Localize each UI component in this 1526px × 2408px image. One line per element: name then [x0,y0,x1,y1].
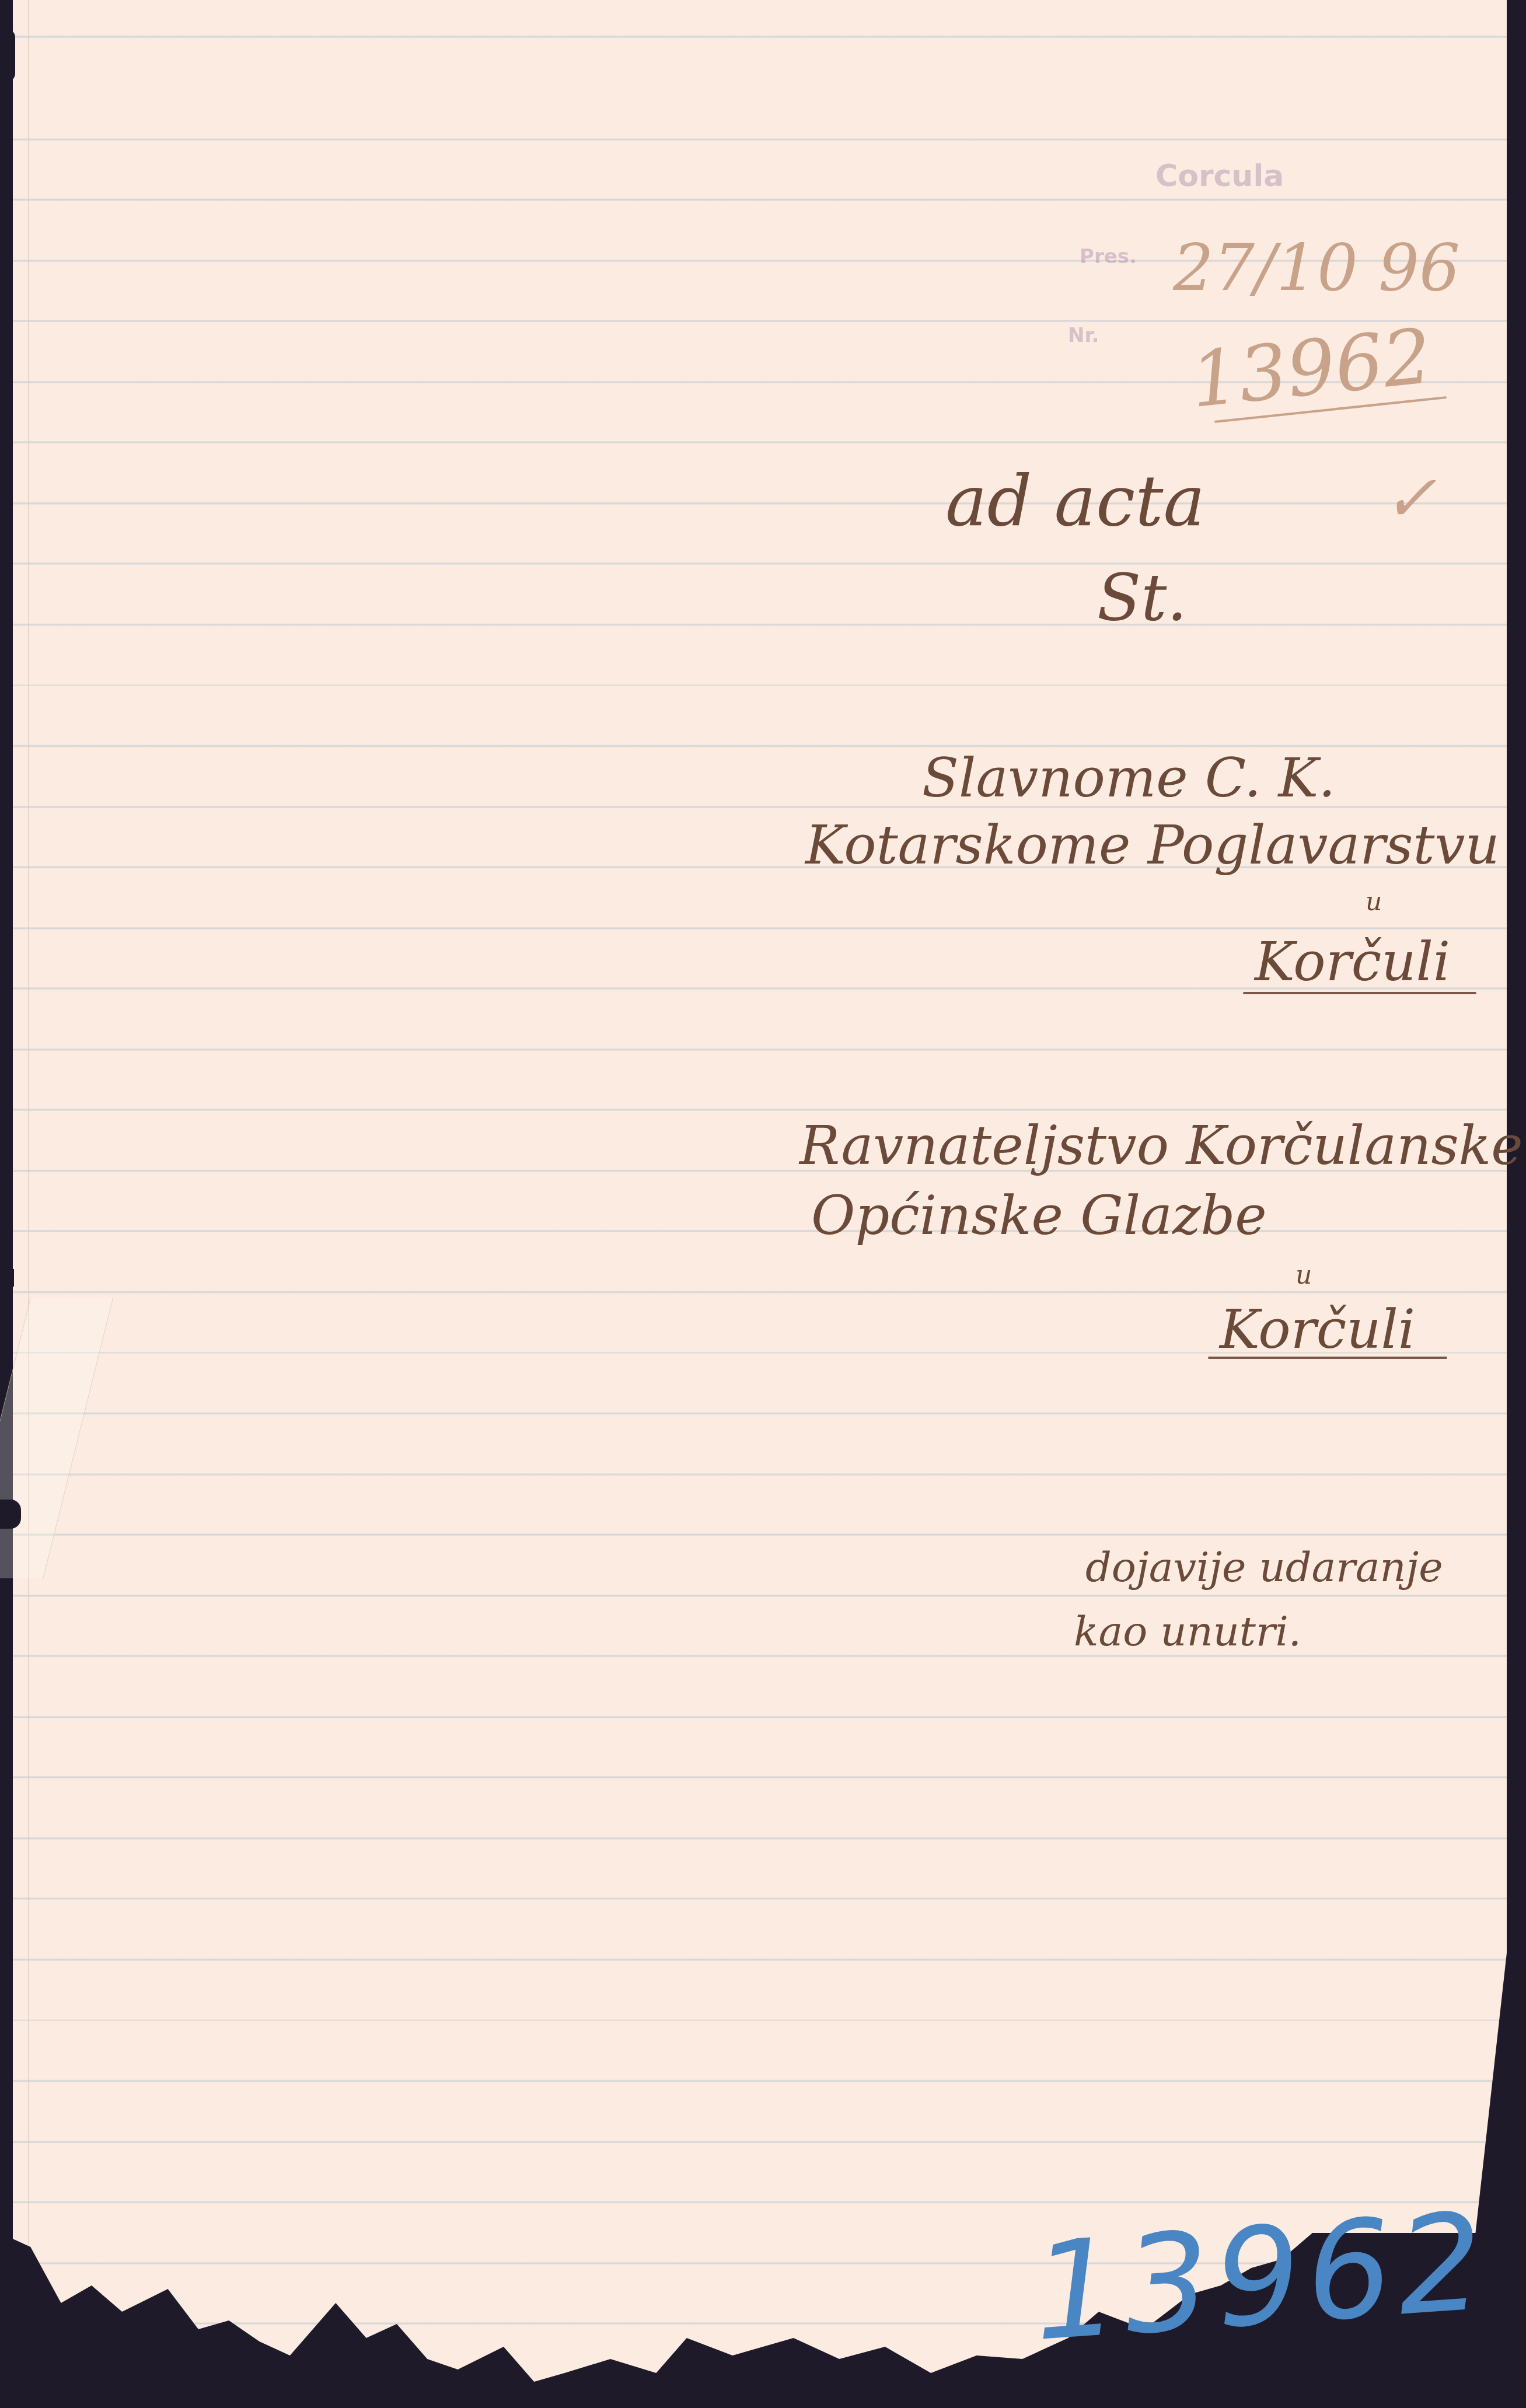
registry-stamp-date-label: Pres. [1080,245,1137,268]
checkmark-icon: ✓ [1383,461,1437,536]
ad-acta-note: ad acta [945,461,1205,542]
addressee-2-line-1: Ravnateljstvo Korčulanske [799,1114,1523,1177]
note-line-2: kao unutri. [1074,1607,1301,1655]
ad-acta-initials: St. [1097,560,1188,635]
note-line-1: dojavije udaranje [1085,1543,1443,1591]
torn-edge [0,1269,14,1287]
addressee-2-place-underline [1208,1357,1447,1359]
torn-edge [0,379,12,414]
addressee-2-line-2: Općinske Glazbe [811,1184,1267,1247]
addressee-1-line-1: Slavnome C. K. [922,747,1335,809]
registry-stamp-office: Corcula [1155,159,1284,194]
torn-edge [0,93,9,134]
torn-edge [0,29,15,82]
margin-line [28,0,29,2408]
addressee-1-line-2: Kotarskome Poglavarstvu [805,814,1500,876]
folded-corner-flap [0,1298,113,1578]
addressee-1-place: Korčuli [1255,931,1450,993]
torn-edge [0,1500,21,1529]
received-date: 27/10 96 [1173,230,1460,305]
addressee-2-place: Korčuli [1220,1298,1415,1361]
registry-stamp-number-label: Nr. [1068,324,1099,347]
addressee-1-place-underline [1243,992,1476,994]
addressee-1-preposition: u [1366,887,1382,917]
archive-number-blue: 13962 [1028,2184,1494,2371]
addressee-2-preposition: u [1295,1260,1312,1290]
